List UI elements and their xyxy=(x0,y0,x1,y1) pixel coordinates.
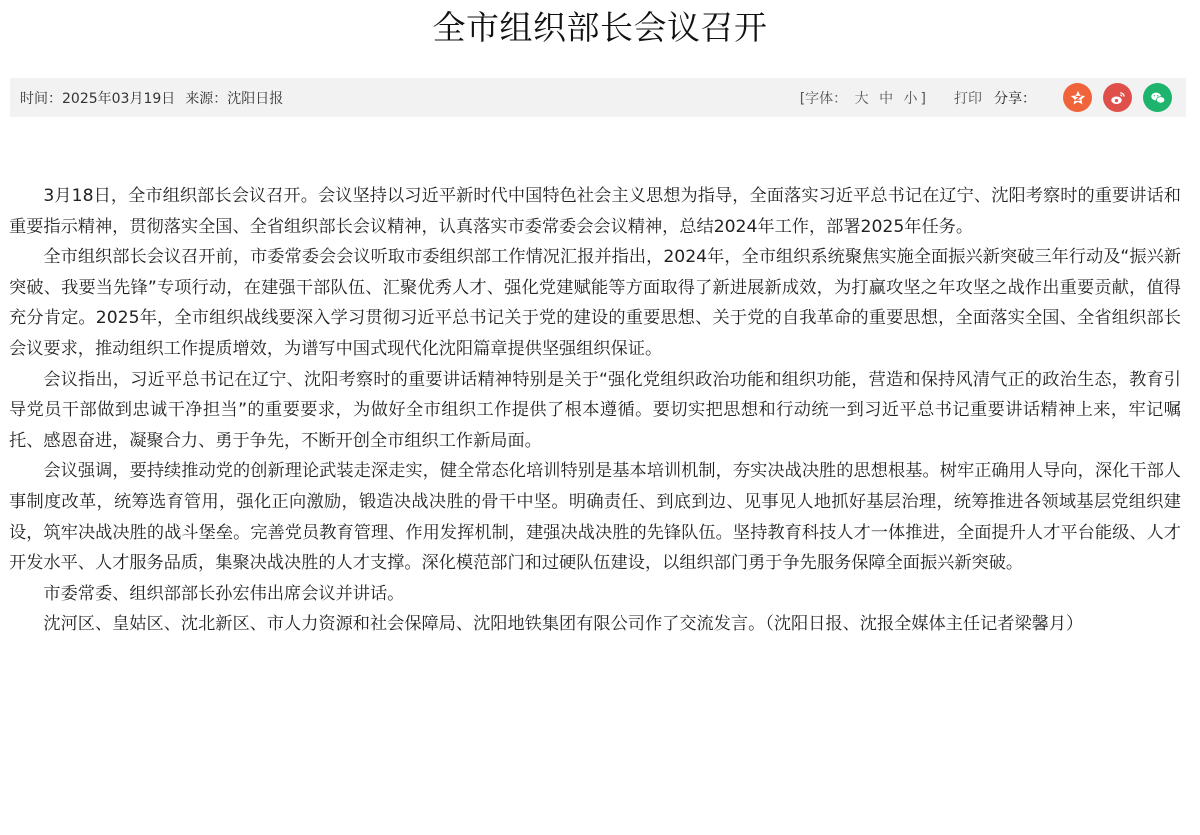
paragraph: 会议指出，习近平总书记在辽宁、沈阳考察时的重要讲话精神特别是关于“强化党组织政治… xyxy=(9,365,1181,457)
font-size-large[interactable]: 大 xyxy=(855,91,869,107)
font-size-selector: [字体： 大 中 小] xyxy=(800,88,926,108)
paragraph: 全市组织部长会议召开前，市委常委会会议听取市委组织部工作情况汇报并指出，2024… xyxy=(9,242,1181,364)
paragraph: 市委常委、组织部部长孙宏伟出席会议并讲话。 xyxy=(9,579,1181,610)
share-label: 分享： xyxy=(994,88,1036,108)
publish-time: 时间：2025年03月19日 xyxy=(20,88,175,108)
paragraph: 会议强调，要持续推动党的创新理论武装走深走实，健全常态化培训特别是基本培训机制，… xyxy=(9,456,1181,578)
paragraph: 沈河区、皇姑区、沈北新区、市人力资源和社会保障局、沈阳地铁集团有限公司作了交流发… xyxy=(9,609,1181,640)
article-body: 3月18日，全市组织部长会议召开。会议坚持以习近平新时代中国特色社会主义思想为指… xyxy=(9,181,1181,640)
qzone-icon[interactable] xyxy=(1063,83,1092,112)
article-title: 全市组织部长会议召开 xyxy=(0,6,1200,50)
print-button[interactable]: 打印 xyxy=(954,88,982,108)
wechat-icon[interactable] xyxy=(1143,83,1172,112)
weibo-icon[interactable] xyxy=(1103,83,1132,112)
font-size-small[interactable]: 小 xyxy=(904,91,918,107)
article-meta-bar: 时间：2025年03月19日 来源：沈阳日报 [字体： 大 中 小] 打印 分享… xyxy=(10,78,1186,117)
meta-info: 时间：2025年03月19日 来源：沈阳日报 xyxy=(10,88,283,108)
font-size-medium[interactable]: 中 xyxy=(879,91,893,107)
paragraph: 3月18日，全市组织部长会议召开。会议坚持以习近平新时代中国特色社会主义思想为指… xyxy=(9,181,1181,242)
font-size-suffix: ] xyxy=(921,91,926,107)
font-size-prefix: [字体： xyxy=(800,91,847,107)
article-source: 来源：沈阳日报 xyxy=(185,88,283,108)
article-toolbar: [字体： 大 中 小] 打印 分享： xyxy=(800,83,1186,112)
